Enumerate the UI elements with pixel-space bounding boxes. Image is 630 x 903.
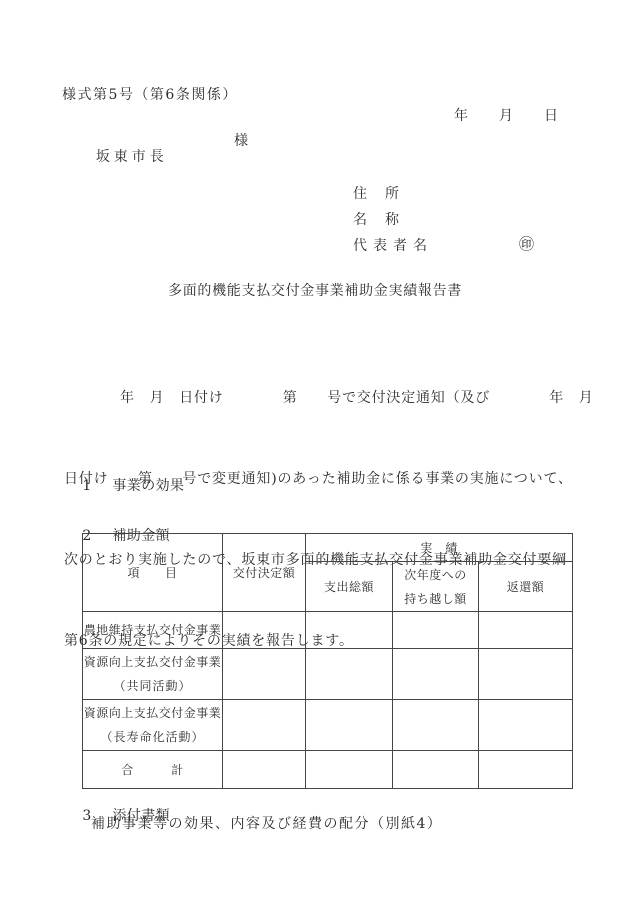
seal-mark-icon: ㊞ [519,236,534,252]
applicant-representative-label: 代表者名 [353,238,433,254]
applicant-address-label: 住 所 [353,186,401,202]
empty-value-cell [479,700,573,751]
applicant-name-label: 名 称 [353,212,401,228]
row-label-line1: 資源向上支払交付金事業 [83,701,222,725]
empty-value-cell [479,612,573,649]
row-label-total: 合 計 [83,751,223,789]
section-1-title: 事業の効果 [112,478,184,494]
col-header-results: 実 績 [306,534,573,562]
empty-value-cell [306,612,393,649]
empty-value-cell [306,700,393,751]
empty-value-cell [393,751,479,789]
body-line-1: 年 月 日付け 第 号で交付決定通知（及び 年 月 [64,385,576,412]
empty-value-cell [479,649,573,700]
col-header-carryover-line1: 次年度への [393,563,478,587]
attachment-note: 補助事業等の効果、内容及び経費の配分（別紙4） [91,816,442,832]
addressee-line: 坂東市長 様 [62,133,168,197]
addressee-honorific: 様 [234,133,248,149]
empty-value-cell [223,649,306,700]
document-page: 様式第5号（第6条関係） 年 月 日 坂東市長 様 住 所 名 称 代表者名 ㊞… [0,0,630,903]
empty-value-cell [479,751,573,789]
col-header-carryover-line2: 持ち越し額 [393,587,478,611]
col-header-refund: 返還額 [479,562,573,612]
row-label-resource-improvement-longevity: 資源向上支払交付金事業 （長寿命化活動） [83,700,223,751]
row-label-line2: （長寿命化活動） [83,725,222,749]
empty-value-cell [306,751,393,789]
subsidy-amount-table: 項 目 交付決定額 実 績 支出総額 次年度への 持ち越し額 返還額 農地維持支… [82,533,573,789]
row-label-resource-improvement-joint: 資源向上支払交付金事業 （共同活動） [83,649,223,700]
row-label-farmland-maintenance: 農地維持支払交付金事業 [83,612,223,649]
col-header-carryover: 次年度への 持ち越し額 [393,562,479,612]
empty-value-cell [393,649,479,700]
empty-value-cell [393,612,479,649]
col-header-item: 項 目 [83,534,223,612]
addressee-name: 坂東市長 [96,149,168,165]
row-label-line2: （共同活動） [83,674,222,698]
empty-value-cell [223,612,306,649]
empty-value-cell [223,700,306,751]
empty-value-cell [306,649,393,700]
form-number: 様式第5号（第6条関係） [62,87,238,103]
col-header-expenditure: 支出総額 [306,562,393,612]
section-1-number: 1 [82,478,112,494]
empty-value-cell [223,751,306,789]
col-header-grant-decision: 交付決定額 [223,534,306,612]
date-line: 年 月 日 [454,108,559,124]
empty-value-cell [393,700,479,751]
row-label-line1: 資源向上支払交付金事業 [83,650,222,674]
document-title: 多面的機能支払交付金事業補助金実績報告書 [0,283,630,299]
section-1-heading: 1事業の効果 [63,462,184,510]
